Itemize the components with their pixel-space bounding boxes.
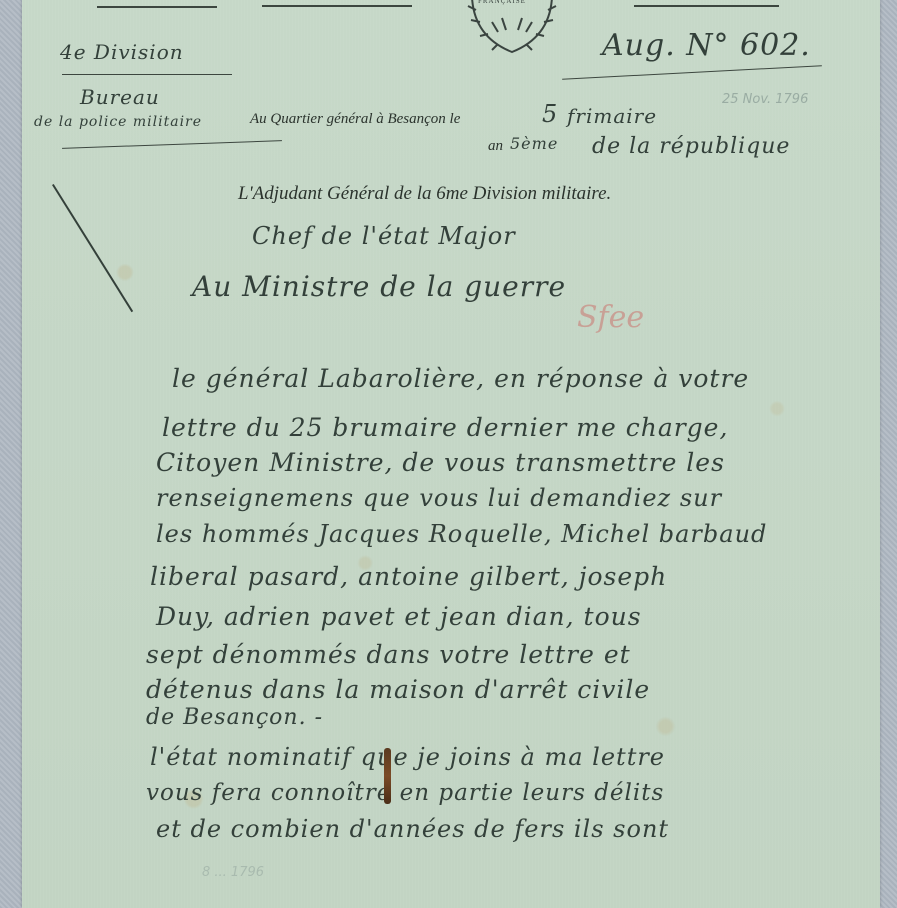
date-month: frimaire xyxy=(567,104,657,128)
letterhead-rule-mid xyxy=(262,5,412,7)
margin-diagonal-stroke xyxy=(52,184,133,312)
body-line-1: le général Labarolière, en réponse à vot… xyxy=(172,364,749,393)
body-line-10: de Besançon. - xyxy=(146,705,323,730)
letter-page: FRANÇAISE 4e Division Bureau de la polic… xyxy=(22,0,880,908)
margin-note-police: de la police militaire xyxy=(34,114,202,130)
body-line-7: Duy, adrien pavet et jean dian, tous xyxy=(156,602,642,631)
emblem-label: FRANÇAISE xyxy=(478,0,526,5)
margin-note-bureau: Bureau xyxy=(80,85,160,109)
year-prefix: an xyxy=(488,138,503,155)
red-stamp-mark: Sfee xyxy=(577,300,644,335)
sender-role: Chef de l'état Major xyxy=(252,222,516,250)
body-line-2: lettre du 25 brumaire dernier me charge, xyxy=(162,413,728,442)
pencil-date-annotation: 25 Nov. 1796 xyxy=(722,92,808,107)
letterhead-rule-left xyxy=(97,6,217,8)
letterhead-title: L'Adjudant Général de la 6me Division mi… xyxy=(238,183,611,205)
reference-number: Aug. N° 602. xyxy=(602,28,811,63)
police-underline xyxy=(62,140,282,149)
body-line-9: détenus dans la maison d'arrêt civile xyxy=(146,675,650,704)
date-day: 5 xyxy=(542,100,558,128)
reference-underline xyxy=(562,65,822,80)
body-line-12: vous fera connoître en partie leurs déli… xyxy=(146,780,664,806)
letterhead-rule-right xyxy=(634,5,779,7)
body-line-11: l'état nominatif que je joins à ma lettr… xyxy=(150,743,665,771)
body-line-13: et de combien d'années de fers ils sont xyxy=(156,815,669,843)
date-year: 5ème xyxy=(510,134,558,153)
body-line-6: liberal pasard, antoine gilbert, joseph xyxy=(150,562,667,591)
headquarters-line: Au Quartier général à Besançon le xyxy=(250,111,460,128)
division-underline xyxy=(62,74,232,75)
body-line-3: Citoyen Ministre, de vous transmettre le… xyxy=(156,448,725,477)
margin-note-division: 4e Division xyxy=(60,40,184,64)
bottom-pencil-note: 8 ... 1796 xyxy=(202,865,264,880)
body-line-8: sept dénommés dans votre lettre et xyxy=(146,640,631,669)
body-line-4: renseignemens que vous lui demandiez sur xyxy=(156,484,722,512)
laurel-wreath-icon xyxy=(452,0,582,72)
date-republic: de la république xyxy=(592,134,790,159)
ink-stain xyxy=(384,748,391,804)
body-line-5: les hommés Jacques Roquelle, Michel barb… xyxy=(156,520,767,548)
addressee: Au Ministre de la guerre xyxy=(192,270,566,303)
